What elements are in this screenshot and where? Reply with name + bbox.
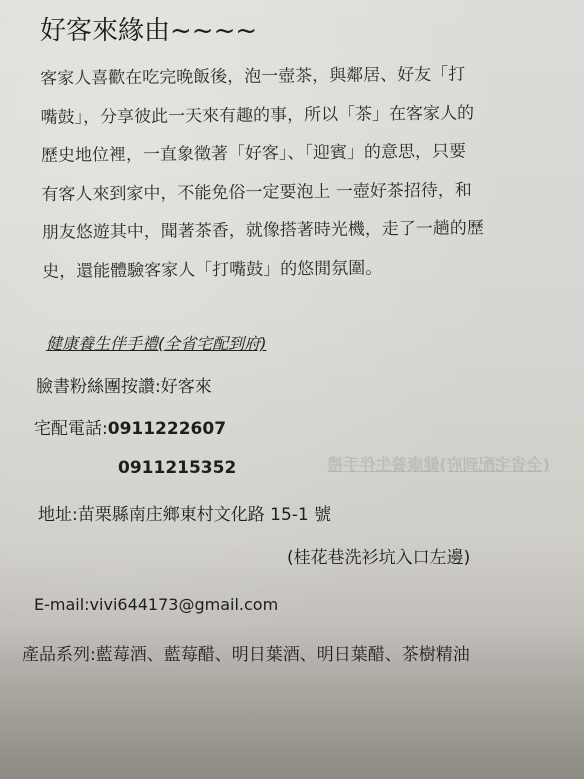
phone-number-2: 0911215352 (118, 458, 236, 478)
address-note: (桂花巷洗衫坑入口左邊) (287, 543, 470, 568)
address-value: 苗栗縣南庄鄉東村文化路 15-1 號 (78, 505, 331, 525)
phone-number-1: 0911222607 (108, 419, 226, 439)
document-title: 好客來緣由~~~~ (40, 10, 257, 47)
phone-label: 宅配電話: (34, 419, 108, 439)
gift-subtitle: 健康養生伴手禮(全省宅配到府) (46, 331, 267, 354)
email: E-mail:vivi644173@gmail.com (34, 595, 278, 614)
paragraph-line: 朋友悠遊其中，聞著茶香，就像搭著時光機，走了一趟的歷 (42, 209, 522, 253)
product-series: 產品系列:藍莓酒、藍莓醋、明日葉酒、明日葉醋、茶樹精油 (22, 640, 470, 665)
facebook-fanpage: 臉書粉絲團按讚:好客來 (36, 372, 212, 397)
paragraph-line: 嘴鼓」，分享彼此一天來有趣的事，所以「茶」在客家人的 (40, 93, 520, 137)
bleed-through-text: (全省宅配到府)健康養生伴手禮 (310, 452, 550, 474)
story-paragraph: 客家人喜歡在吃完晚飯後，泡一壺茶，與鄰居、好友「打 嘴鼓」，分享彼此一天來有趣的… (40, 55, 522, 291)
address-label: 地址: (38, 505, 78, 525)
printed-page: (全省宅配到府)健康養生伴手禮 好客來緣由~~~~ 客家人喜歡在吃完晚飯後，泡一… (0, 0, 584, 779)
paragraph-line: 客家人喜歡在吃完晚飯後，泡一壺茶，與鄰居、好友「打 (40, 55, 520, 99)
paragraph-line: 史，還能體驗客家人「打嘴鼓」的悠閒氛圍。 (42, 247, 522, 291)
paragraph-line: 歷史地位裡，一直象徵著「好客」、「迎賓」的意思，只要 (41, 132, 521, 176)
delivery-phone: 宅配電話:0911222607 (34, 414, 226, 439)
paragraph-line: 有客人來到家中，不能免俗一定要泡上 一壺好茶招待，和 (41, 170, 521, 214)
address: 地址:苗栗縣南庄鄉東村文化路 15-1 號 (38, 500, 331, 525)
